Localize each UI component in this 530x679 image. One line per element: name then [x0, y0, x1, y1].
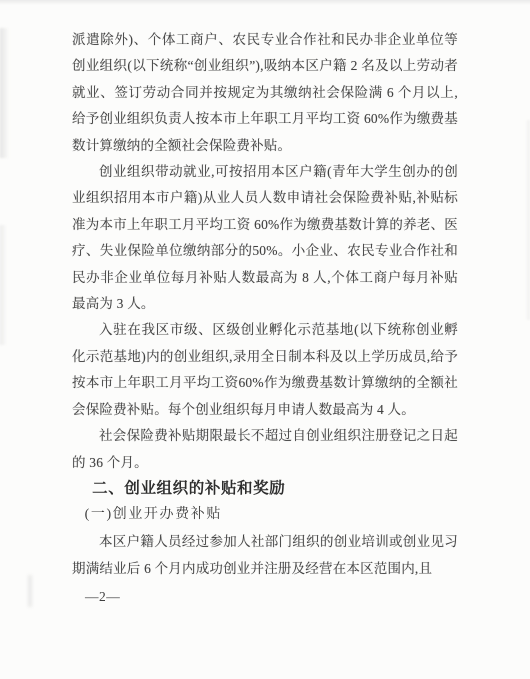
paragraph-continuation: 派遣除外)、个体工商户、农民专业合作社和民办非企业单位等创业组织(以下统称“创业…	[72, 27, 458, 159]
scan-artifact	[0, 28, 9, 158]
scanned-document-page: 派遣除外)、个体工商户、农民专业合作社和民办非企业单位等创业组织(以下统称“创业…	[0, 0, 530, 679]
scan-artifact	[525, 120, 530, 320]
scan-artifact	[28, 575, 32, 607]
paragraph: 创业组织带动就业,可按招用本区户籍(青年大学生创办的创业组织招用本市户籍)从业人…	[72, 159, 458, 317]
section-heading: 二、创业组织的补贴和奖励	[72, 476, 458, 502]
subsection-heading: (一)创业开办费补贴	[72, 502, 458, 529]
scan-artifact	[0, 225, 7, 345]
scan-artifact	[0, 0, 530, 5]
page-content: 派遣除外)、个体工商户、农民专业合作社和民办非企业单位等创业组织(以下统称“创业…	[72, 27, 458, 610]
paragraph: 入驻在我区市级、区级创业孵化示范基地(以下统称创业孵化示范基地)内的创业组织,录…	[72, 317, 458, 423]
page-number: —2—	[85, 584, 458, 610]
paragraph: 本区户籍人员经过参加人社部门组织的创业培训或创业见习期满结业后 6 个月内成功创…	[72, 529, 458, 582]
paragraph: 社会保险费补贴期限最长不超过自创业组织注册登记之日起的 36 个月。	[72, 423, 458, 476]
